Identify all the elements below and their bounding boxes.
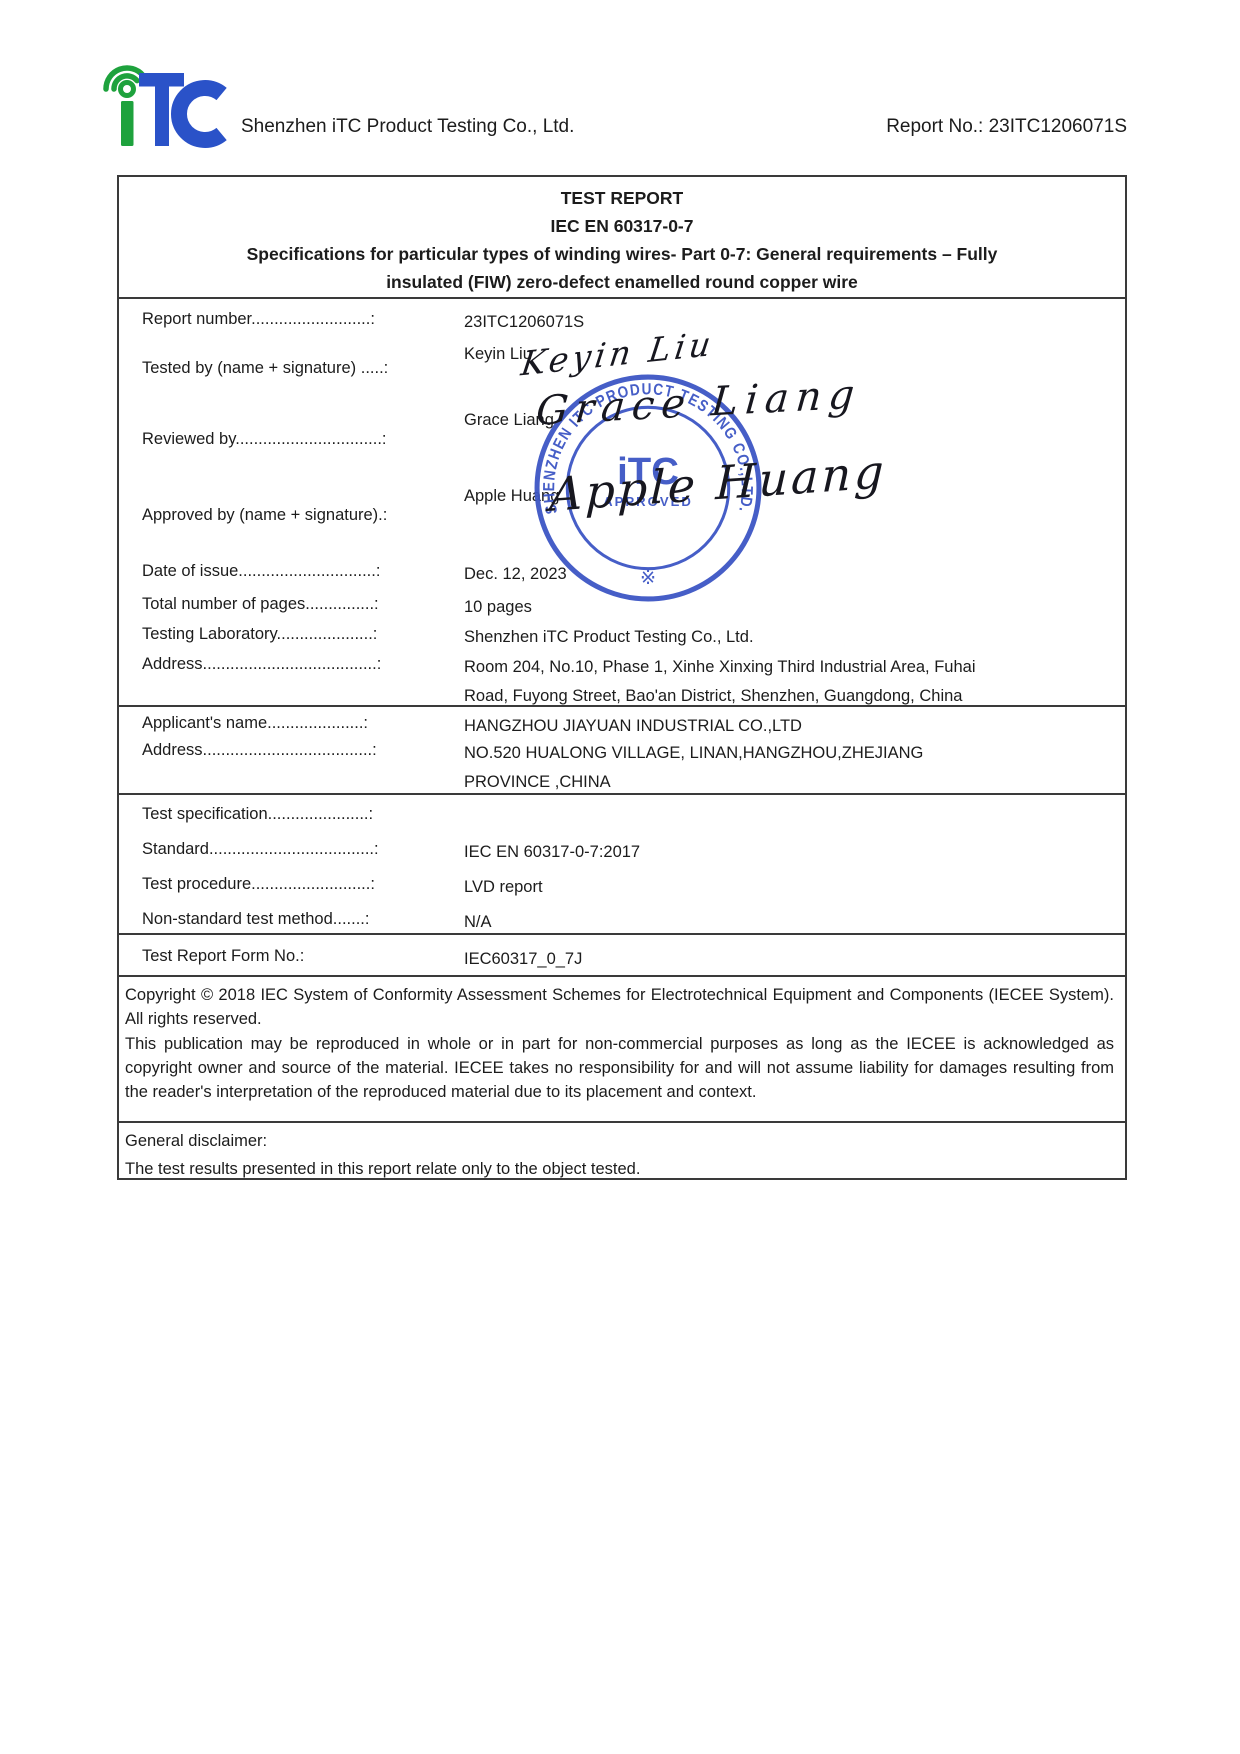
logo-i-dot [121,83,134,96]
address-line-2: PROVINCE ,CHINA [464,768,1111,797]
standard-title: IEC EN 60317-0-7 [119,212,1125,240]
field-label: Tested by (name + signature) .....: [142,357,464,379]
field-row-test-specification: Test specification......................… [119,795,1125,830]
field-value: N/A [464,908,1111,937]
field-value: IEC EN 60317-0-7:2017 [464,838,1111,867]
field-value: IEC60317_0_7J [464,945,1111,974]
field-row-report-number: Report number..........................:… [119,299,1125,335]
address-line-1: Room 204, No.10, Phase 1, Xinhe Xinxing … [464,653,1111,682]
disclaimer-text: The test results presented in this repor… [125,1155,1119,1183]
report-title: TEST REPORT [119,184,1125,212]
field-label: Testing Laboratory.....................: [142,623,464,645]
field-label: Date of issue...........................… [142,560,464,582]
field-label: Test procedure..........................… [142,873,464,895]
field-row-form-no: Test Report Form No.: IEC60317_0_7J [119,935,1125,975]
field-label: Test Report Form No.: [142,945,464,967]
field-label: Applicant's name.....................: [142,712,464,734]
title-block: TEST REPORT IEC EN 60317-0-7 Specificati… [119,177,1125,297]
report-page: iTC Shenzhen iTC Product Testing Co., Lt… [0,0,1240,1754]
applicant-block: Applicant's name.....................: H… [119,705,1125,793]
field-value: Room 204, No.10, Phase 1, Xinhe Xinxing … [464,653,1111,711]
field-label: Total number of pages...............: [142,593,464,615]
field-row-lab-address: Address.................................… [119,651,1125,707]
field-value: HANGZHOU JIAYUAN INDUSTRIAL CO.,LTD [464,712,1111,741]
field-label: Non-standard test method.......: [142,908,464,930]
field-label: Test specification......................… [142,803,464,825]
field-row-standard: Standard................................… [119,830,1125,865]
field-row-applicant-address: Address.................................… [119,737,1125,795]
standard-subtitle-2: insulated (FIW) zero-defect enamelled ro… [119,268,1125,296]
standard-subtitle-1: Specifications for particular types of w… [119,240,1125,268]
stamp-bottom-mark: ※ [640,568,656,589]
address-line-1: NO.520 HUALONG VILLAGE, LINAN,HANGZHOU,Z… [464,739,1111,768]
field-row-applicant-name: Applicant's name.....................: H… [119,707,1125,737]
logo-text: iTC [0,0,1,1]
disclaimer-block: General disclaimer: The test results pre… [119,1121,1125,1182]
field-label: Address.................................… [142,739,464,761]
field-label: Reviewed by.............................… [142,428,464,450]
form-no-block: Test Report Form No.: IEC60317_0_7J [119,933,1125,975]
field-label: Standard................................… [142,838,464,860]
copyright-paragraph-2: This publication may be reproduced in wh… [125,1032,1114,1104]
field-value: Shenzhen iTC Product Testing Co., Ltd. [464,623,1111,652]
field-row-test-procedure: Test procedure..........................… [119,865,1125,900]
header-report-no: Report No.: 23ITC1206071S [117,116,1127,138]
field-label: Report number..........................: [142,308,464,330]
copyright-paragraph-1: Copyright © 2018 IEC System of Conformit… [125,983,1114,1031]
field-row-non-standard-method: Non-standard test method.......: N/A [119,900,1125,935]
disclaimer-title: General disclaimer: [125,1127,1119,1155]
field-label: Address.................................… [142,653,464,675]
field-value: LVD report [464,873,1111,902]
field-value: NO.520 HUALONG VILLAGE, LINAN,HANGZHOU,Z… [464,739,1111,797]
test-report-table: TEST REPORT IEC EN 60317-0-7 Specificati… [117,175,1127,1180]
test-specification-block: Test specification......................… [119,793,1125,933]
field-label: Approved by (name + signature).: [142,504,464,526]
address-line-2: Road, Fuyong Street, Bao'an District, Sh… [464,682,1111,711]
field-value: 23ITC1206071S [464,308,1111,337]
copyright-block: Copyright © 2018 IEC System of Conformit… [119,975,1125,1121]
field-row-testing-laboratory: Testing Laboratory.....................:… [119,619,1125,651]
